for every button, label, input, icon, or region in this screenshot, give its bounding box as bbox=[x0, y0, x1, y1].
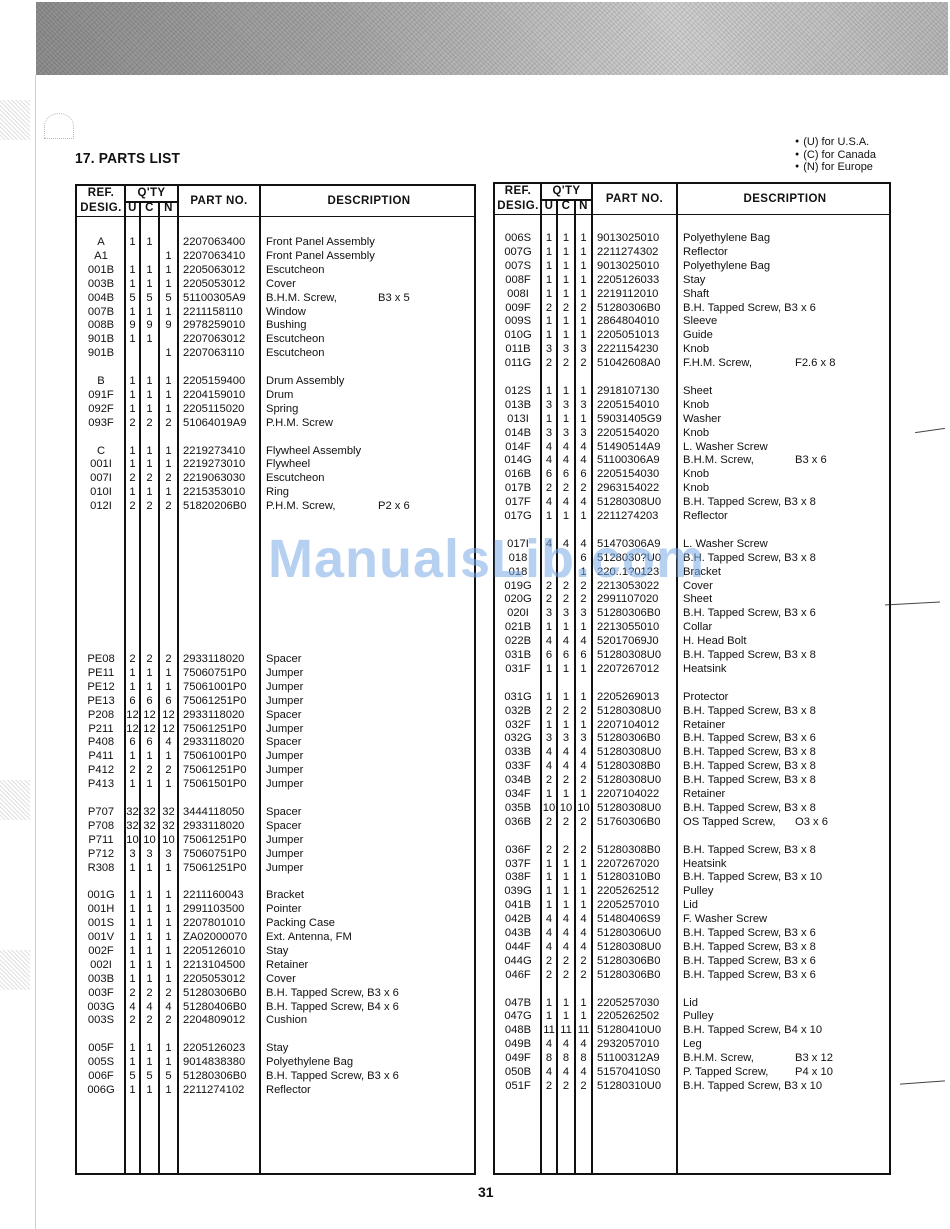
description: Stay bbox=[266, 944, 288, 958]
qty-canada: 1 bbox=[557, 857, 575, 871]
qty-europe: 1 bbox=[159, 1041, 178, 1055]
qty-usa: 2 bbox=[125, 652, 140, 666]
ref-designation: 031F bbox=[495, 662, 541, 676]
qty-europe: 32 bbox=[159, 805, 178, 819]
qty-canada: 1 bbox=[140, 944, 159, 958]
qty-europe: 2 bbox=[575, 592, 592, 606]
qty-europe: 12 bbox=[159, 722, 178, 736]
table-row: 003S2222204809012Cushion bbox=[77, 1013, 474, 1027]
qty-canada: 2 bbox=[557, 481, 575, 495]
qty-usa: 3 bbox=[541, 342, 557, 356]
qty-europe: 2 bbox=[575, 815, 592, 829]
description: Stay bbox=[266, 1041, 288, 1055]
part-number: 2918107130 bbox=[597, 384, 659, 398]
part-number: 2205053012 bbox=[183, 277, 245, 291]
description: Spacer bbox=[266, 652, 301, 666]
description: Washer bbox=[683, 412, 721, 426]
qty-europe: 2 bbox=[159, 763, 178, 777]
part-number: 51760306B0 bbox=[597, 815, 660, 829]
part-number: 2205154020 bbox=[597, 426, 659, 440]
ref-designation: P712 bbox=[77, 847, 125, 861]
qty-europe: 1 bbox=[575, 565, 592, 579]
ref-designation: 049F bbox=[495, 1051, 541, 1065]
description: Jumper bbox=[266, 722, 303, 736]
part-number: 2204159010 bbox=[183, 388, 245, 402]
qty-usa: 4 bbox=[541, 1065, 557, 1079]
qty-usa: 2 bbox=[541, 356, 557, 370]
qty-canada: 1 bbox=[140, 958, 159, 972]
part-number: 2933118020 bbox=[183, 708, 244, 722]
description: B.H. Tapped Screw, B3 x 8 bbox=[683, 773, 816, 787]
part-number: 2963154022 bbox=[597, 481, 659, 495]
ref-designation: P411 bbox=[77, 749, 125, 763]
part-number: 2205262502 bbox=[597, 1009, 659, 1023]
qty-canada: 10 bbox=[140, 833, 159, 847]
ref-designation: 008B bbox=[77, 318, 125, 332]
qty-europe: 1 bbox=[159, 263, 178, 277]
table-row: 006G1112211274102Reflector bbox=[77, 1083, 474, 1097]
description: Collar bbox=[683, 620, 712, 634]
ref-designation: 001I bbox=[77, 457, 125, 471]
qty-usa: 2 bbox=[541, 592, 557, 606]
table-row: 006S1119013025010Polyethylene Bag bbox=[495, 231, 889, 245]
qty-usa: 4 bbox=[541, 634, 557, 648]
table-row: 001I1112219273010Flywheel bbox=[77, 457, 474, 471]
description: Spacer bbox=[266, 805, 301, 819]
description: Reflector bbox=[266, 1083, 311, 1097]
qty-europe: 1 bbox=[159, 916, 178, 930]
qty-canada: 4 bbox=[140, 1000, 159, 1014]
description: Pulley bbox=[683, 884, 713, 898]
description: B.H. Tapped Screw, B3 x 8 bbox=[683, 745, 816, 759]
ref-designation: PE08 bbox=[77, 652, 125, 666]
table-row: 091F1112204159010Drum bbox=[77, 388, 474, 402]
qty-europe: 1 bbox=[159, 972, 178, 986]
part-number: 2211274302 bbox=[597, 245, 658, 259]
qty-canada: 5 bbox=[140, 1069, 159, 1083]
qty-europe: 1 bbox=[575, 412, 592, 426]
region-legend: (U) for U.S.A. (C) for Canada (N) for Eu… bbox=[795, 136, 876, 174]
qty-usa: 1 bbox=[125, 958, 140, 972]
table-row: 0181220..1?0123Bracket bbox=[495, 565, 889, 579]
description: Spacer bbox=[266, 735, 301, 749]
qty-europe: 12 bbox=[159, 708, 178, 722]
part-number: 2207104012 bbox=[597, 718, 659, 732]
description: Jumper bbox=[266, 694, 303, 708]
ref-designation: 017B bbox=[495, 481, 541, 495]
qty-canada: 4 bbox=[557, 453, 575, 467]
qty-usa: 1 bbox=[541, 231, 557, 245]
qty-europe: 1 bbox=[575, 870, 592, 884]
qty-europe: 4 bbox=[159, 735, 178, 749]
description: Polyethylene Bag bbox=[683, 259, 770, 273]
page-number: 31 bbox=[478, 1184, 494, 1200]
ref-designation: 008F bbox=[495, 273, 541, 287]
ref-designation: 093F bbox=[77, 416, 125, 430]
table-row: 032F1112207104012Retainer bbox=[495, 718, 889, 732]
table-row: 049F88851100312A9B.H.M. Screw,B3 x 12 bbox=[495, 1051, 889, 1065]
qty-usa: 1 bbox=[125, 374, 140, 388]
qty-europe: 1 bbox=[575, 314, 592, 328]
description: Drum bbox=[266, 388, 293, 402]
part-number: 2207063410 bbox=[183, 249, 245, 263]
table-row: 003G44451280406B0B.H. Tapped Screw, B4 x… bbox=[77, 1000, 474, 1014]
table-row: 010G1112205051013Guide bbox=[495, 328, 889, 342]
part-number: 2207063110 bbox=[183, 346, 244, 360]
ref-designation: P711 bbox=[77, 833, 125, 847]
table-row: 001S1112207801010Packing Case bbox=[77, 916, 474, 930]
qty-usa: 6 bbox=[541, 648, 557, 662]
table-row: PE1211175061001P0Jumper bbox=[77, 680, 474, 694]
description: B.H. Tapped Screw, B3 x 6 bbox=[683, 731, 816, 745]
qty-usa: 3 bbox=[541, 426, 557, 440]
qty-europe: 1 bbox=[575, 1009, 592, 1023]
qty-europe: 1 bbox=[159, 749, 178, 763]
qty-europe: 1 bbox=[575, 884, 592, 898]
table-row: 038F11151280310B0B.H. Tapped Screw, B3 x… bbox=[495, 870, 889, 884]
ref-designation: 047B bbox=[495, 996, 541, 1010]
qty-usa: 1 bbox=[125, 1083, 140, 1097]
qty-usa: 2 bbox=[541, 301, 557, 315]
part-number: 75061251P0 bbox=[183, 763, 246, 777]
qty-canada: 3 bbox=[557, 731, 575, 745]
description: Stay bbox=[683, 273, 705, 287]
ref-designation: 007B bbox=[77, 305, 125, 319]
part-number: 2205126010 bbox=[183, 944, 245, 958]
qty-europe: 1 bbox=[575, 509, 592, 523]
description: B.H. Tapped Screw, B3 x 6 bbox=[683, 606, 816, 620]
qty-usa: 2 bbox=[541, 843, 557, 857]
qty-europe: 4 bbox=[575, 1065, 592, 1079]
header-ref: REF. bbox=[495, 184, 541, 199]
table-row: 092F1112205115020Spring bbox=[77, 402, 474, 416]
part-number: 2207267012 bbox=[597, 662, 659, 676]
ref-designation: R308 bbox=[77, 861, 125, 875]
qty-canada: 4 bbox=[557, 1037, 575, 1051]
description: Bushing bbox=[266, 318, 306, 332]
description: B.H. Tapped Screw, B3 x 8 bbox=[683, 843, 816, 857]
qty-canada: 1 bbox=[140, 374, 159, 388]
qty-canada: 6 bbox=[557, 648, 575, 662]
part-number: 51280308U0 bbox=[597, 704, 661, 718]
qty-europe: 2 bbox=[575, 481, 592, 495]
description: B.H. Tapped Screw, B3 x 8 bbox=[683, 551, 816, 565]
ref-designation: 047G bbox=[495, 1009, 541, 1023]
qty-canada: 3 bbox=[557, 398, 575, 412]
ref-designation: 005F bbox=[77, 1041, 125, 1055]
table-row: 001B1112205063012Escutcheon bbox=[77, 263, 474, 277]
header-qty-u: U bbox=[125, 201, 140, 216]
qty-europe: 10 bbox=[159, 833, 178, 847]
description: Shaft bbox=[683, 287, 709, 301]
qty-canada: 1 bbox=[140, 777, 159, 791]
qty-europe: 4 bbox=[575, 440, 592, 454]
qty-canada: 1 bbox=[140, 332, 159, 346]
qty-europe: 1 bbox=[575, 273, 592, 287]
ref-designation: 031B bbox=[495, 648, 541, 662]
qty-europe: 10 bbox=[575, 801, 592, 815]
qty-europe: 1 bbox=[575, 620, 592, 634]
table-row: 013I11159031405G9Washer bbox=[495, 412, 889, 426]
description: B.H. Tapped Screw, B3 x 10 bbox=[683, 1079, 822, 1093]
table-row: P41311175061501P0Jumper bbox=[77, 777, 474, 791]
header-qty-n: N bbox=[159, 201, 178, 216]
ref-designation: 032F bbox=[495, 718, 541, 732]
table-row: 020G2222991107020Sheet bbox=[495, 592, 889, 606]
table-row: 020I33351280306B0B.H. Tapped Screw, B3 x… bbox=[495, 606, 889, 620]
qty-europe: 4 bbox=[575, 912, 592, 926]
qty-europe: 2 bbox=[159, 1013, 178, 1027]
ref-designation: C bbox=[77, 444, 125, 458]
qty-usa: 1 bbox=[541, 996, 557, 1010]
edge-scratch bbox=[885, 602, 940, 606]
qty-canada: 2 bbox=[557, 815, 575, 829]
qty-europe: 2 bbox=[575, 1079, 592, 1093]
qty-europe: 1 bbox=[159, 666, 178, 680]
table-row: 048B11111151280410U0B.H. Tapped Screw, B… bbox=[495, 1023, 889, 1037]
table-row: 014G44451100306A9B.H.M. Screw,B3 x 6 bbox=[495, 453, 889, 467]
qty-canada: 10 bbox=[557, 801, 575, 815]
part-number: 51100312A9 bbox=[597, 1051, 660, 1065]
table-row: A112207063400Front Panel Assembly bbox=[77, 235, 474, 249]
part-number: 2205154010 bbox=[597, 398, 659, 412]
qty-usa: 1 bbox=[541, 787, 557, 801]
qty-europe: 1 bbox=[159, 457, 178, 471]
part-number: 2991107020 bbox=[597, 592, 658, 606]
qty-canada: 2 bbox=[140, 1013, 159, 1027]
description: F. Washer Screw bbox=[683, 912, 767, 926]
qty-canada: 1 bbox=[140, 388, 159, 402]
qty-canada: 11 bbox=[557, 1023, 575, 1037]
qty-europe: 5 bbox=[159, 1069, 178, 1083]
qty-europe: 3 bbox=[575, 731, 592, 745]
part-number: 9013025010 bbox=[597, 259, 659, 273]
part-number: 75060751P0 bbox=[183, 847, 246, 861]
part-number: 2205126033 bbox=[597, 273, 659, 287]
qty-europe: 3 bbox=[575, 606, 592, 620]
qty-usa: 1 bbox=[541, 884, 557, 898]
qty-usa: 1 bbox=[125, 916, 140, 930]
part-number: 2213104500 bbox=[183, 958, 245, 972]
description: Pulley bbox=[683, 1009, 713, 1023]
qty-usa: 1 bbox=[541, 245, 557, 259]
qty-usa: 1 bbox=[125, 777, 140, 791]
part-number: 51280306B0 bbox=[597, 968, 660, 982]
qty-canada: 4 bbox=[557, 1065, 575, 1079]
qty-usa: 1 bbox=[125, 930, 140, 944]
qty-canada: 1 bbox=[140, 444, 159, 458]
description: Sheet bbox=[683, 384, 712, 398]
screw-size: F2.6 x 8 bbox=[795, 356, 835, 370]
qty-canada: 1 bbox=[140, 277, 159, 291]
qty-canada: 1 bbox=[140, 1055, 159, 1069]
screw-size: P2 x 6 bbox=[378, 499, 410, 513]
part-number: 51280410U0 bbox=[597, 1023, 661, 1037]
qty-canada: 1 bbox=[557, 245, 575, 259]
description: Jumper bbox=[266, 680, 303, 694]
parts-table-right: REF.DESIG.Q'TYUCNPART NO.DESCRIPTION006S… bbox=[493, 182, 891, 1175]
ref-designation: PE12 bbox=[77, 680, 125, 694]
description: Cover bbox=[266, 972, 296, 986]
part-number: 51280306U0 bbox=[597, 926, 661, 940]
description: Jumper bbox=[266, 763, 303, 777]
qty-europe: 1 bbox=[575, 996, 592, 1010]
qty-canada: 1 bbox=[557, 384, 575, 398]
table-row: 002I1112213104500Retainer bbox=[77, 958, 474, 972]
table-header: REF.DESIG.Q'TYUCNPART NO.DESCRIPTION bbox=[495, 184, 889, 215]
description: Sleeve bbox=[683, 314, 717, 328]
part-number: 2207063400 bbox=[183, 235, 245, 249]
ref-designation: 033F bbox=[495, 759, 541, 773]
table-row: 011B3332221154230Knob bbox=[495, 342, 889, 356]
qty-canada: 1 bbox=[140, 749, 159, 763]
qty-usa: 1 bbox=[125, 902, 140, 916]
qty-usa: 1 bbox=[125, 749, 140, 763]
punch-hole-mark bbox=[44, 113, 74, 139]
qty-europe: 1 bbox=[159, 402, 178, 416]
description: Cover bbox=[266, 277, 296, 291]
legend-item-usa: (U) for U.S.A. bbox=[795, 136, 876, 149]
qty-canada: 1 bbox=[140, 972, 159, 986]
qty-canada: 4 bbox=[557, 634, 575, 648]
qty-europe: 2 bbox=[575, 843, 592, 857]
table-row: P71110101075061251P0Jumper bbox=[77, 833, 474, 847]
description: Retainer bbox=[683, 787, 725, 801]
table-row: 051F22251280310U0B.H. Tapped Screw, B3 x… bbox=[495, 1079, 889, 1093]
qty-canada: 2 bbox=[557, 843, 575, 857]
description: Jumper bbox=[266, 847, 303, 861]
ref-designation: 091F bbox=[77, 388, 125, 402]
table-row: 044G22251280306B0B.H. Tapped Screw, B3 x… bbox=[495, 954, 889, 968]
ref-designation: 044F bbox=[495, 940, 541, 954]
ref-designation: P708 bbox=[77, 819, 125, 833]
description: Retainer bbox=[266, 958, 308, 972]
qty-usa: 1 bbox=[541, 690, 557, 704]
ref-designation: 042B bbox=[495, 912, 541, 926]
header-desig: DESIG. bbox=[77, 201, 125, 216]
qty-canada: 32 bbox=[140, 805, 159, 819]
qty-usa: 6 bbox=[541, 467, 557, 481]
ref-designation: 003B bbox=[77, 972, 125, 986]
ref-designation: 002F bbox=[77, 944, 125, 958]
ref-designation: 007S bbox=[495, 259, 541, 273]
qty-europe: 4 bbox=[575, 940, 592, 954]
qty-europe: 4 bbox=[575, 926, 592, 940]
ref-designation: 034F bbox=[495, 787, 541, 801]
description: L. Washer Screw bbox=[683, 440, 768, 454]
qty-europe: 1 bbox=[159, 888, 178, 902]
table-row: 022B44452017069J0H. Head Bolt bbox=[495, 634, 889, 648]
qty-europe: 4 bbox=[575, 453, 592, 467]
screw-size: B3 x 5 bbox=[378, 291, 410, 305]
ref-designation: 013I bbox=[495, 412, 541, 426]
qty-canada: 2 bbox=[557, 1079, 575, 1093]
part-number: 51280310B0 bbox=[597, 870, 660, 884]
ref-designation: 048B bbox=[495, 1023, 541, 1037]
qty-canada: 12 bbox=[140, 722, 159, 736]
part-number: 51280306B0 bbox=[183, 986, 246, 1000]
qty-canada: 1 bbox=[557, 509, 575, 523]
qty-usa: 32 bbox=[125, 805, 140, 819]
table-row: 037F1112207267020Heatsink bbox=[495, 857, 889, 871]
qty-europe: 4 bbox=[575, 537, 592, 551]
qty-europe: 1 bbox=[159, 930, 178, 944]
part-number: 51480406S9 bbox=[597, 912, 660, 926]
qty-europe: 1 bbox=[575, 898, 592, 912]
ref-designation: 046F bbox=[495, 968, 541, 982]
ref-designation: 051F bbox=[495, 1079, 541, 1093]
ref-designation: 004B bbox=[77, 291, 125, 305]
qty-canada: 2 bbox=[557, 356, 575, 370]
qty-canada: 2 bbox=[557, 954, 575, 968]
qty-usa: 1 bbox=[541, 620, 557, 634]
header-desig: DESIG. bbox=[495, 199, 541, 214]
qty-usa: 1 bbox=[125, 235, 140, 249]
edge-scratch bbox=[900, 1080, 945, 1084]
description: Escutcheon bbox=[266, 471, 324, 485]
qty-usa: 4 bbox=[541, 759, 557, 773]
table-row: B1112205159400Drum Assembly bbox=[77, 374, 474, 388]
description: Retainer bbox=[683, 718, 725, 732]
qty-usa: 1 bbox=[125, 666, 140, 680]
description: Flywheel Assembly bbox=[266, 444, 361, 458]
table-row: 050B44451570410S0P. Tapped Screw,P4 x 10 bbox=[495, 1065, 889, 1079]
qty-usa: 1 bbox=[125, 944, 140, 958]
qty-canada: 2 bbox=[557, 592, 575, 606]
qty-europe: 1 bbox=[159, 388, 178, 402]
ref-designation: P408 bbox=[77, 735, 125, 749]
part-number: 2991103500 bbox=[183, 902, 244, 916]
qty-europe: 3 bbox=[159, 847, 178, 861]
table-row: 017G1112211274203Reflector bbox=[495, 509, 889, 523]
qty-canada: 1 bbox=[557, 287, 575, 301]
part-number: 51490514A9 bbox=[597, 440, 660, 454]
qty-europe: 11 bbox=[575, 1023, 592, 1037]
description: OS Tapped Screw, bbox=[683, 815, 775, 829]
part-number: 2219112010 bbox=[597, 287, 658, 301]
ref-designation: 017F bbox=[495, 495, 541, 509]
part-number: 51570410S0 bbox=[597, 1065, 660, 1079]
ref-designation: 003B bbox=[77, 277, 125, 291]
qty-europe: 1 bbox=[159, 680, 178, 694]
qty-usa: 1 bbox=[541, 328, 557, 342]
qty-usa: 1 bbox=[541, 898, 557, 912]
header-qty-c: C bbox=[140, 201, 159, 216]
qty-canada: 1 bbox=[557, 996, 575, 1010]
table-row: 031B66651280308U0B.H. Tapped Screw, B3 x… bbox=[495, 648, 889, 662]
qty-canada: 6 bbox=[557, 467, 575, 481]
part-number: 2932057010 bbox=[597, 1037, 659, 1051]
part-number: 2205154030 bbox=[597, 467, 659, 481]
qty-usa: 32 bbox=[125, 819, 140, 833]
table-row: 033B44451280308U0B.H. Tapped Screw, B3 x… bbox=[495, 745, 889, 759]
qty-usa: 4 bbox=[125, 1000, 140, 1014]
part-number: 75061251P0 bbox=[183, 722, 246, 736]
ref-designation: PE11 bbox=[77, 666, 125, 680]
part-number: 2221154230 bbox=[597, 342, 658, 356]
part-number: 3444118050 bbox=[183, 805, 244, 819]
description: Spring bbox=[266, 402, 298, 416]
qty-canada: 1 bbox=[140, 305, 159, 319]
ref-designation: 006S bbox=[495, 231, 541, 245]
description: B.H. Tapped Screw, B3 x 6 bbox=[683, 301, 816, 315]
table-row: 008B9992978259010Bushing bbox=[77, 318, 474, 332]
header-qty-u: U bbox=[541, 199, 557, 214]
description: Lid bbox=[683, 996, 698, 1010]
part-number: 2205126023 bbox=[183, 1041, 245, 1055]
part-number: 51280308U0 bbox=[597, 648, 661, 662]
qty-usa: 10 bbox=[125, 833, 140, 847]
